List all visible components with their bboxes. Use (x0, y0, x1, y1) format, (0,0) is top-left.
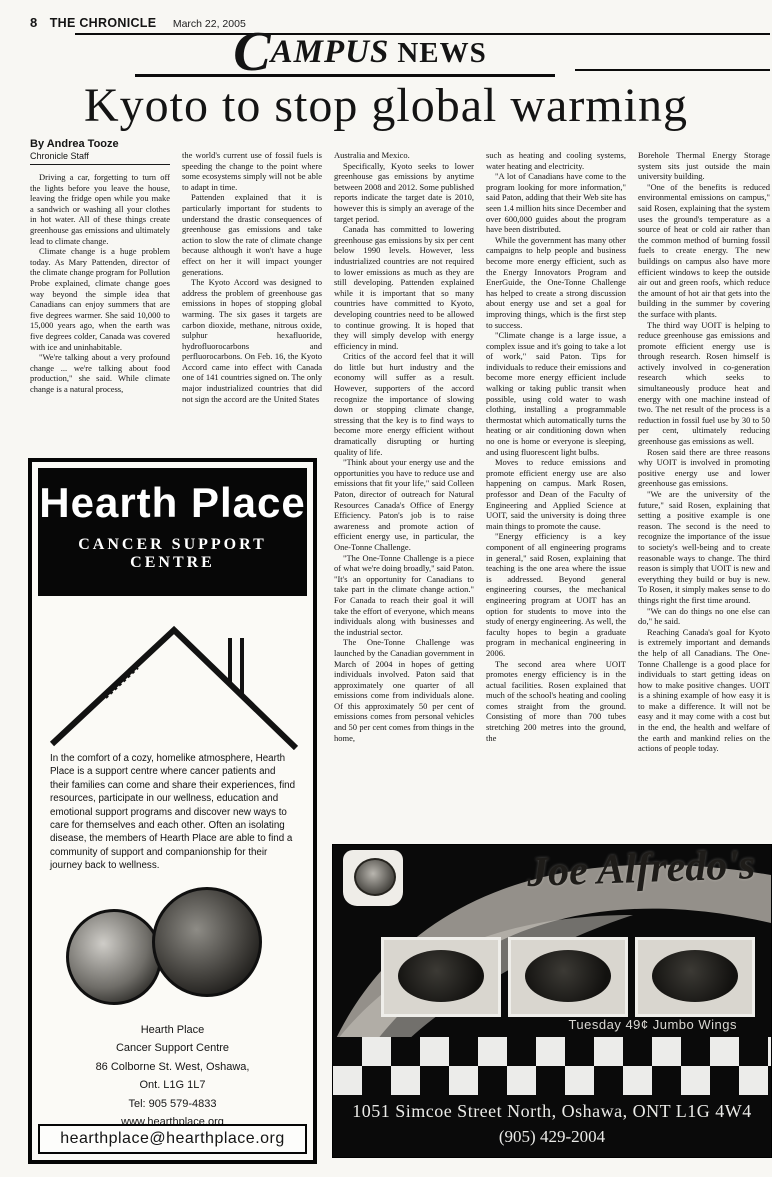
paragraph: "We're talking about a very profound cha… (30, 352, 170, 394)
paragraph: "We are the university of the future," s… (638, 489, 770, 606)
hearth-email-box: hearthplace@hearthplace.org (38, 1124, 307, 1154)
wings-promo: Tuesday 49¢ Jumbo Wings (568, 1017, 737, 1032)
paragraph: Reaching Canada's goal for Kyoto is extr… (638, 627, 770, 754)
byline-block: By Andrea Tooze Chronicle Staff (30, 138, 170, 165)
banner-rule-right (575, 69, 770, 71)
article-column-3: Australia and Mexico. Specifically, Kyot… (334, 150, 474, 838)
paragraph: "The One-Tonne Challenge is a piece of w… (334, 553, 474, 638)
paragraph: Specifically, Kyoto seeks to lower green… (334, 161, 474, 225)
section-banner: CAMPUSNEWS (180, 30, 540, 74)
logo-emblem-icon (354, 858, 396, 896)
article-column-1: Driving a car, forgetting to turn off th… (30, 172, 170, 454)
paragraph: Moves to reduce emissions and promote ef… (486, 457, 626, 531)
hearth-place-ad: Hearth Place CANCER SUPPORT CENTRE In th… (28, 458, 317, 1164)
paragraph: "Think about your energy use and the opp… (334, 457, 474, 552)
hearth-address-line1: 86 Colborne St. West, Oshawa, (32, 1058, 313, 1077)
paragraph: Pattenden explained that it is particula… (182, 192, 322, 277)
hearth-footer-org: Cancer Support Centre (32, 1039, 313, 1058)
hearth-place-subtitle: CANCER SUPPORT CENTRE (38, 536, 307, 572)
food-photo (381, 937, 501, 1017)
hearth-place-photos (32, 879, 313, 1021)
newspaper-page: 8 THE CHRONICLE March 22, 2005 CAMPUSNEW… (0, 0, 772, 1177)
article-column-5: Borehole Thermal Energy Storage system s… (638, 150, 770, 848)
hearth-place-description: In the comfort of a cozy, homelike atmos… (32, 750, 313, 873)
hearth-place-contact: Hearth Place Cancer Support Centre 86 Co… (32, 1021, 313, 1132)
food-photos-row (381, 937, 755, 1017)
paragraph: The third way UOIT is helping to reduce … (638, 320, 770, 447)
article-column-2: the world's current use of fossil fuels … (182, 150, 322, 454)
paragraph: The One-Tonne Challenge was launched by … (334, 637, 474, 743)
byline-role: Chronicle Staff (30, 151, 170, 161)
section-suffix: NEWS (397, 37, 486, 69)
food-photo (635, 937, 755, 1017)
checkered-band (333, 1037, 771, 1095)
joe-address: 1051 Simcoe Street North, Oshawa, ONT L1… (333, 1101, 771, 1122)
paragraph: While the government has many other camp… (486, 235, 626, 330)
hearth-phone: Tel: 905 579-4833 (32, 1095, 313, 1114)
section-word: AMPUS (271, 34, 390, 70)
paragraph: The Kyoto Accord was designed to address… (182, 277, 322, 404)
paragraph: "We can do things no one else can do," h… (638, 606, 770, 627)
house-roof-icon (34, 602, 311, 750)
article-column-4: such as heating and cooling systems, wat… (486, 150, 626, 838)
joe-alfredos-ad: Joe Alfredo's Tuesday 49¢ Jumbo Wings 10… (333, 845, 771, 1157)
paragraph: "One of the benefits is reduced environm… (638, 182, 770, 320)
paragraph: such as heating and cooling systems, wat… (486, 150, 626, 171)
paragraph: the world's current use of fossil fuels … (182, 150, 322, 192)
paragraph: "A lot of Canadians have come to the pro… (486, 171, 626, 235)
page-number: 8 (30, 15, 37, 30)
hearth-place-banner: Hearth Place CANCER SUPPORT CENTRE (38, 468, 307, 596)
food-photo (508, 937, 628, 1017)
hearth-footer-name: Hearth Place (32, 1021, 313, 1040)
joe-alfredos-title: Joe Alfredo's (526, 845, 756, 897)
headline: Kyoto to stop global warming (10, 78, 762, 133)
joe-alfredos-logo (343, 850, 403, 906)
paragraph: Critics of the accord feel that it will … (334, 351, 474, 457)
paragraph: Borehole Thermal Energy Storage system s… (638, 150, 770, 182)
masthead-title: THE CHRONICLE (50, 16, 157, 30)
photo-circle-left (66, 909, 162, 1005)
byline: By Andrea Tooze (30, 138, 170, 150)
paragraph: Canada has committed to lowering greenho… (334, 224, 474, 351)
paragraph: Australia and Mexico. (334, 150, 474, 161)
paragraph: "Energy efficiency is a key component of… (486, 531, 626, 658)
paragraph: "Climate change is a large issue, a comp… (486, 330, 626, 457)
paragraph: Rosen said there are three reasons why U… (638, 447, 770, 489)
paragraph: The second area where UOIT promotes ener… (486, 659, 626, 744)
paragraph: Climate change is a huge problem today. … (30, 246, 170, 352)
joe-phone: (905) 429-2004 (333, 1127, 771, 1147)
paragraph: Driving a car, forgetting to turn off th… (30, 172, 170, 246)
photo-circle-right (152, 887, 262, 997)
hearth-place-title: Hearth Place (38, 480, 307, 526)
banner-underline (135, 74, 555, 77)
hearth-address-line2: Ont. L1G 1L7 (32, 1076, 313, 1095)
